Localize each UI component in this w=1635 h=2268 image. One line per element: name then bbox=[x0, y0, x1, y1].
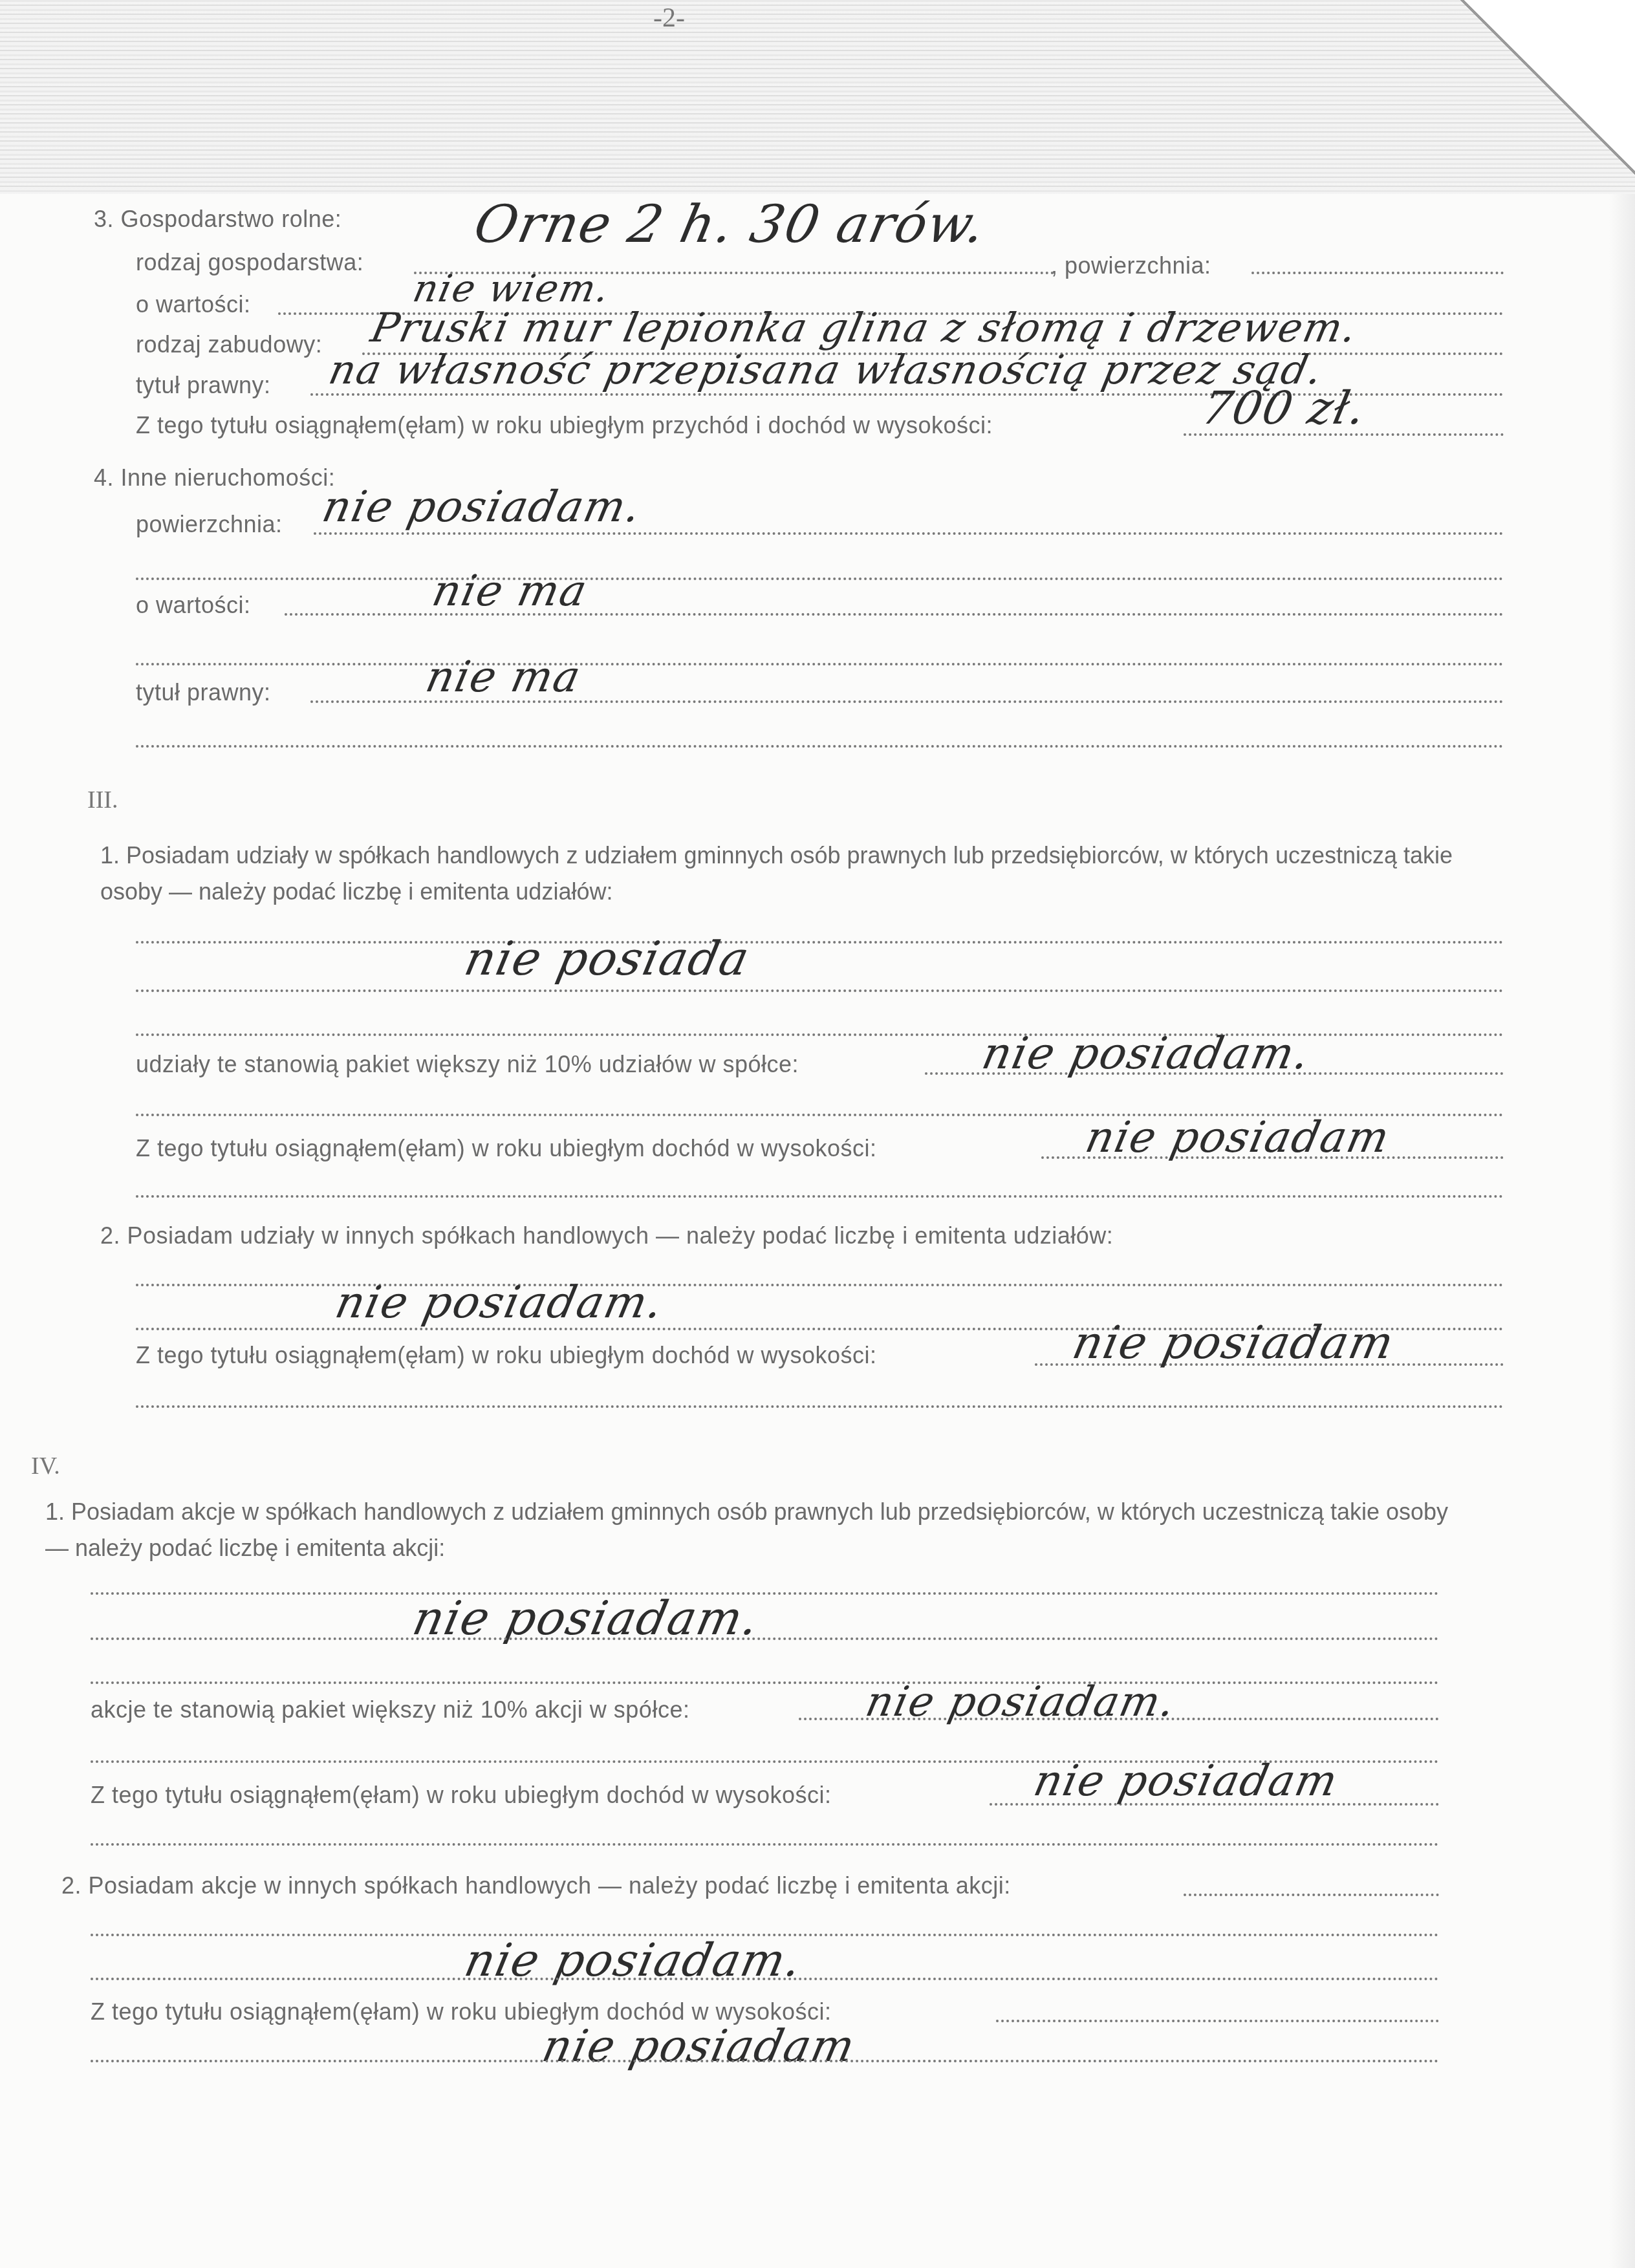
shares-municipal-income-value[interactable]: nie posiadam bbox=[1081, 1112, 1395, 1162]
farm-income-value[interactable]: 700 zł. bbox=[1197, 382, 1371, 435]
stocks-municipal-line-2 bbox=[91, 1637, 1439, 1640]
farm-area-line[interactable] bbox=[1251, 272, 1504, 274]
stocks-municipal-line-1 bbox=[91, 1592, 1439, 1595]
other-title-value[interactable]: nie ma bbox=[422, 652, 586, 702]
folded-corner bbox=[1422, 0, 1635, 194]
other-property-heading: 4. Inne nieruchomości: bbox=[94, 464, 335, 491]
stocks-over10-label: akcje te stanowią pakiet większy niż 10%… bbox=[91, 1696, 689, 1723]
other-title-line-2 bbox=[136, 745, 1504, 748]
stocks-municipal-income-value[interactable]: nie posiadam bbox=[1030, 1756, 1343, 1806]
shares-municipal-question: 1. Posiadam udziały w spółkach handlowyc… bbox=[100, 837, 1491, 910]
shares-over10-value[interactable]: nie posiadam. bbox=[978, 1028, 1316, 1079]
farm-area-label: , powierzchnia: bbox=[1051, 252, 1211, 279]
other-value-line-2 bbox=[136, 663, 1504, 665]
shares-municipal-income-line-2 bbox=[136, 1195, 1504, 1198]
stocks-over10-value[interactable]: nie posiadam. bbox=[861, 1678, 1180, 1726]
other-area-value[interactable]: nie posiadam. bbox=[318, 482, 647, 532]
stocks-municipal-income-label: Z tego tytułu osiągnąłem(ęłam) w roku ub… bbox=[91, 1782, 831, 1809]
stocks-other-income-line bbox=[996, 2020, 1439, 2022]
page-number: -2- bbox=[653, 3, 685, 34]
stocks-other-line-2 bbox=[91, 1978, 1439, 1980]
shares-municipal-line-2 bbox=[136, 989, 1504, 992]
stocks-municipal-income-line-2 bbox=[91, 1843, 1439, 1846]
stocks-other-question: 2. Posiadam akcje w innych spółkach hand… bbox=[61, 1872, 1011, 1899]
farm-buildings-value[interactable]: Pruski mur lepionka glina z słomą i drze… bbox=[367, 304, 1362, 351]
other-value-value[interactable]: nie ma bbox=[428, 566, 592, 616]
shares-municipal-income-label: Z tego tytułu osiągnąłem(ęłam) w roku ub… bbox=[136, 1135, 876, 1162]
stocks-municipal-line-3 bbox=[91, 1681, 1439, 1684]
stocks-other-income-value[interactable]: nie posiadam bbox=[538, 2021, 860, 2072]
scan-noise-band bbox=[0, 0, 1635, 194]
stocks-other-income-line-2 bbox=[91, 2060, 1439, 2062]
stocks-municipal-question: 1. Posiadam akcje w spółkach handlowych … bbox=[45, 1494, 1455, 1566]
stocks-other-question-line bbox=[1184, 1894, 1439, 1896]
shares-other-income-label: Z tego tytułu osiągnąłem(ęłam) w roku ub… bbox=[136, 1342, 876, 1369]
farm-title-label: tytuł prawny: bbox=[136, 372, 271, 399]
other-area-line-2 bbox=[136, 578, 1504, 580]
shares-other-income-value[interactable]: nie posiadam bbox=[1068, 1316, 1400, 1369]
farm-title-value[interactable]: na własność przepisana własnością przez … bbox=[325, 346, 1328, 393]
shares-other-question: 2. Posiadam udziały w innych spółkach ha… bbox=[100, 1222, 1113, 1249]
farm-income-label: Z tego tytułu osiągnąłem(ęłam) w roku ub… bbox=[136, 412, 993, 439]
section-III-numeral: III. bbox=[87, 786, 118, 814]
shares-over10-label: udziały te stanowią pakiet większy niż 1… bbox=[136, 1051, 799, 1078]
other-value-label: o wartości: bbox=[136, 592, 251, 619]
farm-buildings-label: rodzaj zabudowy: bbox=[136, 331, 322, 358]
farm-type-value[interactable]: Orne 2 h. 30 arów. bbox=[469, 194, 991, 254]
shares-other-income-line-2 bbox=[136, 1405, 1504, 1408]
shares-municipal-answer[interactable]: nie posiada bbox=[460, 931, 755, 986]
farm-heading: 3. Gospodarstwo rolne: bbox=[94, 206, 341, 233]
farm-value-label: o wartości: bbox=[136, 291, 251, 318]
farm-type-label: rodzaj gospodarstwa: bbox=[136, 249, 363, 276]
other-title-label: tytuł prawny: bbox=[136, 679, 271, 706]
scan-edge-shadow bbox=[1609, 194, 1635, 2268]
shares-municipal-line-1 bbox=[136, 941, 1504, 944]
other-area-label: powierzchnia: bbox=[136, 511, 283, 538]
other-area-line bbox=[314, 532, 1504, 535]
section-IV-numeral: IV. bbox=[31, 1452, 60, 1480]
shares-other-answer[interactable]: nie posiadam. bbox=[331, 1277, 669, 1328]
